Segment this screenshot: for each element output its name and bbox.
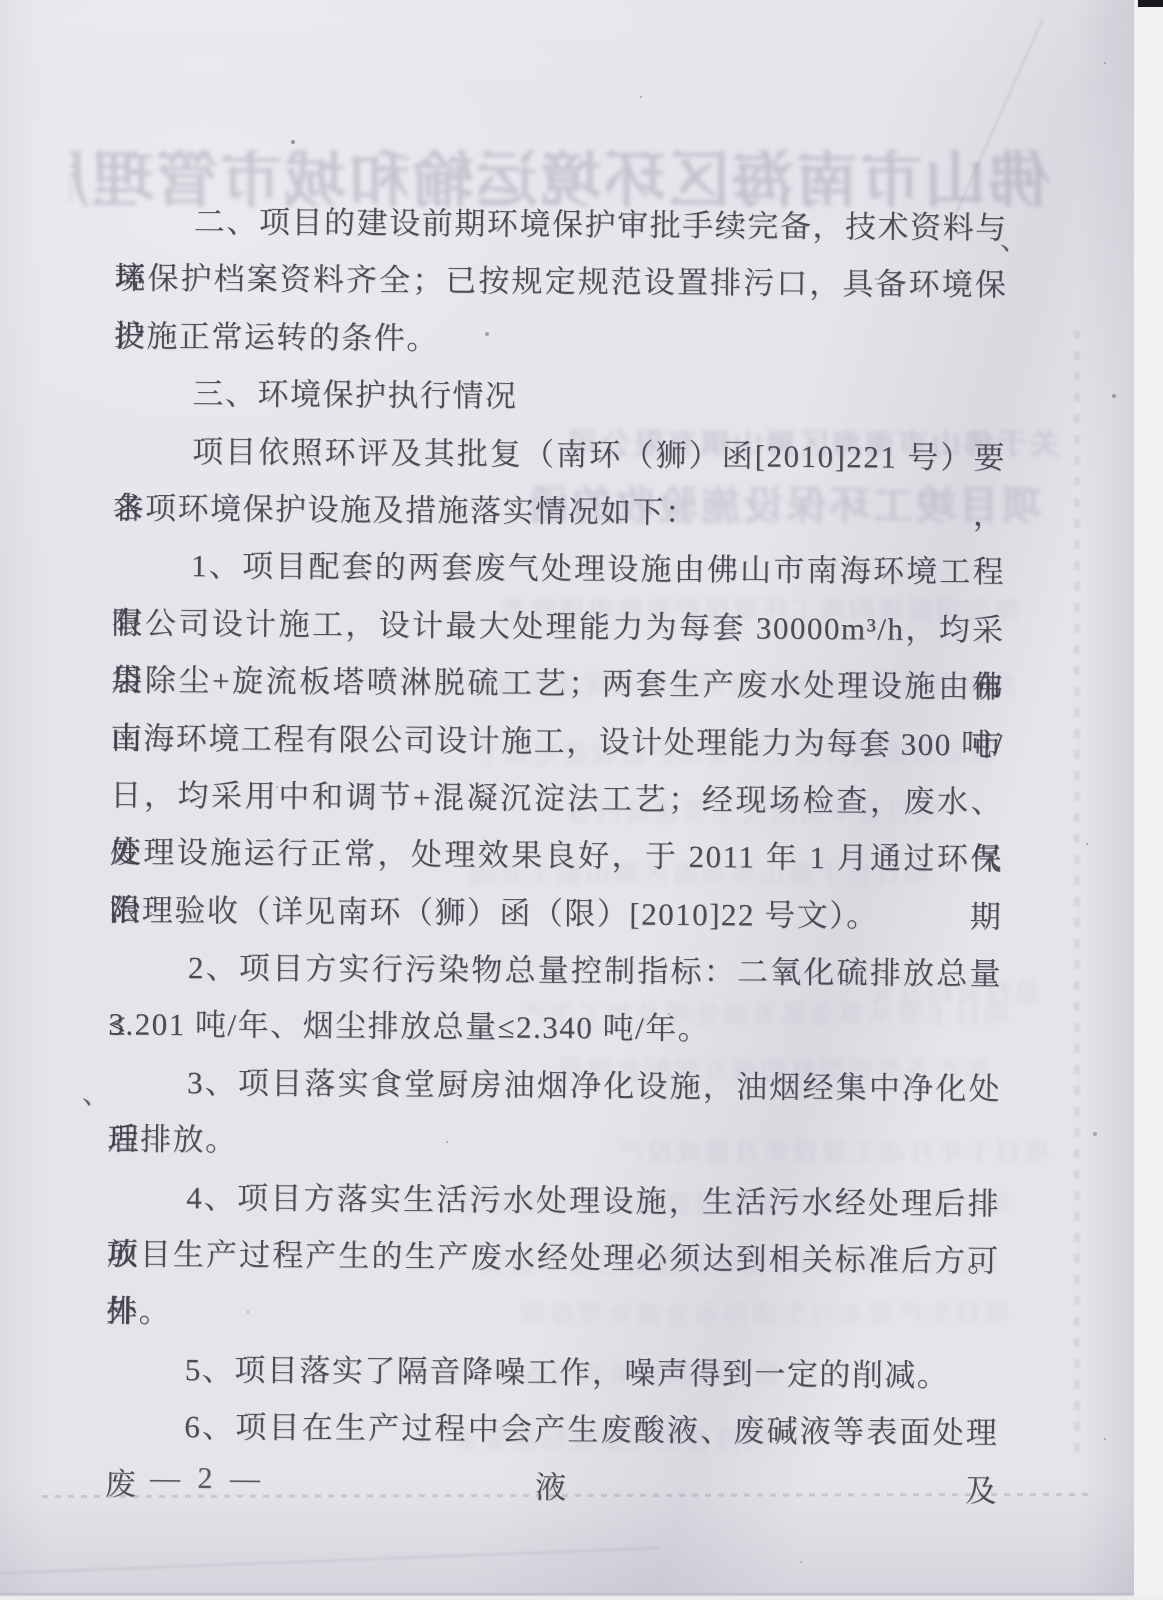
text-line: 各项环境保护设施及措施落实情况如下： (112, 479, 1005, 543)
scan-corner-artifact (1138, 0, 1163, 7)
document-body: 二、项目的建设前期环境保护审批手续完备，技术资料与环境保护档案资料齐全；已按规定… (105, 192, 1008, 1462)
text-line: 排。 (106, 1283, 999, 1347)
text-line: 项目依照环评及其批复（南环（狮）函[2010]221 号）要求， (113, 422, 1006, 486)
text-line: 治理验收（详见南环（狮）函（限）[2010]22 号文）。 (109, 881, 1002, 945)
text-line: 处理设施运行正常，处理效果良好，于 2011 年 1 月通过环保限期 (110, 824, 1003, 888)
text-line: 1、项目配套的两套废气处理设施由佛山市南海环境工程有 (112, 537, 1005, 601)
text-line: 境保护档案资料齐全；已按规定规范设置排污口，具备环境保护 (114, 250, 1007, 314)
text-line: 6、项目在生产过程中会产生废酸液、废碱液等表面处理废液及 (105, 1398, 998, 1462)
stray-mark: 、 (1000, 218, 1028, 258)
vertical-bleed-strip (1074, 330, 1080, 1460)
text-line: 设施正常运转的条件。 (114, 307, 1007, 371)
text-line: 项目生产过程产生的生产废水经处理必须达到相关标准后方可外 (106, 1225, 999, 1289)
page-number: — 2 — (150, 1462, 265, 1497)
text-line: 三、环境保护执行情况 (113, 365, 1006, 429)
text-line: 南海环境工程有限公司设计施工，设计处理能力为每套 300 吨/ (111, 709, 1004, 773)
text-line: 限公司设计施工，设计最大处理能力为每套 30000m³/h，均采用布 (111, 594, 1004, 658)
paper-crease (0, 1547, 660, 1575)
scanner-bottom-strip (0, 1596, 1163, 1600)
text-line: 4、项目方落实生活污水处理设施，生活污水经处理后排放。 (107, 1168, 1000, 1232)
text-line: 3.201 吨/年、烟尘排放总量≤2.340 吨/年。 (108, 996, 1001, 1060)
scanned-document-screenshot: { "page": { "number_label": "— 2 —" }, "… (0, 0, 1163, 1600)
stray-mark: 、 (82, 1072, 110, 1112)
text-line: 2、项目方实行污染物总量控制指标：二氧化硫排放总量≤ (109, 939, 1002, 1003)
text-line: 后排放。 (107, 1111, 1000, 1175)
scan-speckles (0, 0, 2, 2)
paper-sheet: 佛山市南海区环境运输和城市管理局关于佛山市南海区狮山镇有限公司项目竣工环保设施验… (0, 0, 1134, 1594)
text-line: 3、项目落实食堂厨房油烟净化设施，油烟经集中净化处理 (108, 1053, 1001, 1117)
text-line: 袋除尘+旋流板塔喷淋脱硫工艺；两套生产废水处理设施由佛山市 (111, 652, 1004, 716)
text-line: 5、项目落实了隔音降噪工作，噪声得到一定的削减。 (106, 1340, 999, 1404)
text-line: 日，均采用中和调节+混凝沉淀法工艺；经现场检查，废水、废气 (110, 766, 1003, 830)
scanner-margin (1134, 0, 1163, 1600)
text-line: 二、项目的建设前期环境保护审批手续完备，技术资料与环 (115, 192, 1008, 256)
